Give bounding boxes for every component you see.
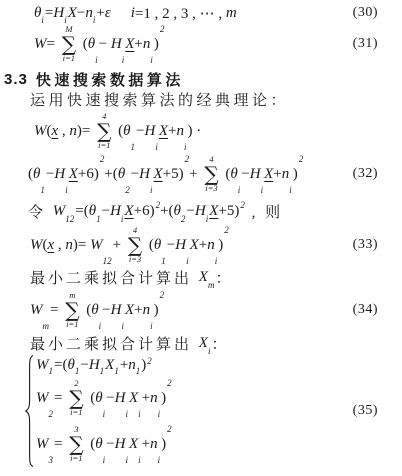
- math-token: ): [161, 436, 166, 453]
- math-token: 3: [49, 455, 54, 465]
- math-token: H: [89, 357, 100, 374]
- math-token: 最小二乘拟合计算出: [30, 267, 199, 288]
- math-token: ): [218, 237, 223, 254]
- math-token: i: [41, 15, 44, 25]
- math-token: −: [102, 302, 110, 319]
- math-token: n: [69, 123, 77, 140]
- math-token: i: [150, 185, 153, 195]
- paragraph-intro-text: 运用快速搜索算法的经典理论：: [30, 89, 289, 110]
- math-token: θ: [95, 390, 102, 407]
- math-token: x: [52, 123, 59, 140]
- math-token: W: [36, 390, 49, 407]
- math-token: (: [114, 123, 123, 140]
- math-token: W: [90, 237, 103, 254]
- math-token: H: [115, 436, 126, 453]
- math-token: +: [142, 436, 150, 453]
- math-token: i: [64, 15, 67, 25]
- math-token: ): [161, 390, 166, 407]
- equation-32-line1-math: W(x , n)= 4∑i=1 (θ1−HiX+ni) ·: [34, 112, 201, 150]
- math-token: n: [282, 166, 290, 183]
- math-token: n: [128, 357, 136, 374]
- math-token: i: [121, 214, 124, 224]
- math-token: +6): [134, 203, 155, 220]
- math-token: H: [111, 36, 122, 53]
- let-definition-math: 令 W12=(θ1−HiX+6)2+(θ2−HiX+5)2 , 则: [28, 201, 283, 222]
- label-compute-xi: 最小二乘拟合计算出 Xi：: [0, 334, 402, 353]
- math-token: +(: [104, 166, 117, 183]
- math-token: n: [207, 237, 215, 254]
- math-token: −: [99, 36, 111, 53]
- equation-35-w1-math: W1=(θ1−H1X1+n1)2: [36, 357, 152, 374]
- system-row-w3: W3= 3∑i=1 (θi−HiXi+ni)2: [36, 421, 172, 467]
- summation-symbol: 3∑i=1: [69, 425, 83, 463]
- math-token: i: [138, 409, 141, 419]
- math-token: i: [95, 55, 98, 65]
- math-token: =1 , 2 , 3 , ⋯ ,: [135, 4, 226, 23]
- math-token: −: [131, 166, 139, 183]
- math-token: W: [36, 357, 49, 374]
- math-token: −: [106, 390, 114, 407]
- math-token: i: [158, 455, 161, 465]
- math-token: i: [215, 256, 218, 266]
- math-token: H: [110, 203, 121, 220]
- math-token: 2: [167, 424, 172, 434]
- math-token: i: [121, 321, 124, 331]
- math-token: +5): [163, 166, 184, 183]
- math-token: i: [289, 185, 292, 195]
- summation-symbol: 4∑i=1: [97, 112, 111, 150]
- math-token: W: [34, 36, 47, 53]
- math-token: i: [208, 346, 211, 356]
- math-token: −: [136, 123, 144, 140]
- math-token: X: [159, 123, 168, 140]
- math-token: i: [125, 409, 128, 419]
- math-token: H: [111, 302, 122, 319]
- math-token: W: [36, 436, 49, 453]
- math-token: θ: [118, 166, 125, 183]
- math-token: 2: [49, 409, 54, 419]
- math-token: m: [226, 5, 237, 22]
- math-token: θ: [230, 166, 237, 183]
- math-token: 令: [28, 201, 53, 222]
- section-title: 快速搜索数据算法: [36, 69, 184, 90]
- math-token: θ: [174, 203, 181, 220]
- math-token: 12: [65, 214, 74, 224]
- system-row-w2: W2= 2∑i=1 (θi−HiXi+ni)2: [36, 375, 172, 421]
- equation-35-w3-math: W3= 3∑i=1 (θi−HiXi+ni)2: [36, 425, 172, 463]
- math-token: θ: [34, 5, 41, 22]
- math-token: m: [208, 280, 215, 290]
- math-token: +: [113, 237, 125, 254]
- math-token: i: [261, 185, 264, 195]
- left-brace: [24, 354, 34, 468]
- math-token: H: [145, 123, 156, 140]
- math-token: =(: [54, 357, 67, 374]
- math-token: 2: [147, 356, 152, 366]
- math-token: 1: [40, 185, 45, 195]
- math-token: X: [264, 166, 273, 183]
- math-token: =: [54, 390, 66, 407]
- math-token: ) ·: [188, 123, 202, 140]
- let-definition-line: 令 W12=(θ1−HiX+6)2+(θ2−HiX+5)2 , 则: [0, 201, 402, 222]
- math-token: i: [184, 142, 187, 152]
- math-token: H: [53, 5, 64, 22]
- math-token: i: [65, 185, 68, 195]
- equation-30-math: θi=HiX−ni+εi=1 , 2 , 3 , ⋯ , m: [34, 4, 237, 23]
- math-token: )=: [73, 237, 90, 254]
- math-token: +: [142, 390, 150, 407]
- math-token: n: [85, 5, 93, 22]
- math-token: 2: [125, 185, 130, 195]
- math-token: H: [54, 166, 65, 183]
- math-token: m: [43, 321, 50, 331]
- math-token: n: [150, 436, 158, 453]
- math-token: +: [199, 237, 207, 254]
- math-token: i: [155, 142, 158, 152]
- math-token: H: [250, 166, 261, 183]
- math-token: 最小二乘拟合计算出: [30, 333, 199, 354]
- equation-32-line2-math: (θ1−HiX+6)2+(θ2−HiX+5)2+ 4∑i=3 (θi−HiX+n…: [28, 155, 303, 193]
- system-row-w1: W1=(θ1−H1X1+n1)2: [36, 355, 172, 375]
- math-token: =: [54, 436, 66, 453]
- math-token: +: [168, 123, 176, 140]
- math-token: (: [79, 36, 88, 53]
- summation-symbol: M∑i=1: [62, 25, 76, 63]
- math-token: i: [103, 409, 106, 419]
- math-token: 1: [75, 366, 80, 376]
- math-token: W: [30, 237, 43, 254]
- equation-31-math: W= M∑i=1 (θi− HiX+ni)2: [34, 25, 164, 63]
- math-token: 2: [181, 214, 186, 224]
- math-token: X: [125, 302, 134, 319]
- math-token: 2: [160, 24, 165, 34]
- math-token: i: [158, 409, 161, 419]
- math-token: ,: [54, 237, 65, 254]
- math-token: −: [241, 166, 249, 183]
- math-token: 1: [136, 366, 141, 376]
- math-token: , 则: [245, 201, 283, 222]
- math-token: n: [143, 36, 151, 53]
- math-token: (: [83, 302, 92, 319]
- section-number: 3.3: [4, 71, 28, 88]
- math-token: n: [65, 237, 73, 254]
- math-token: W: [53, 203, 66, 220]
- equation-number-35: (35): [353, 403, 402, 419]
- math-token: −: [102, 203, 110, 220]
- math-token: +(: [160, 203, 173, 220]
- equation-number-33: (33): [353, 237, 402, 253]
- label-compute-xm-text: 最小二乘拟合计算出 Xm：: [30, 267, 233, 288]
- math-token: (: [87, 390, 96, 407]
- math-token: θ: [91, 302, 98, 319]
- math-token: 2: [156, 200, 161, 210]
- equation-35-w2-math: W2= 2∑i=1 (θi−HiXi+ni)2: [36, 379, 172, 417]
- math-token: n: [143, 302, 151, 319]
- math-token: θ: [95, 436, 102, 453]
- system-rows: W1=(θ1−H1X1+n1)2 W2= 2∑i=1 (θi−HiXi+ni)2…: [36, 355, 172, 467]
- math-token: ,: [58, 123, 69, 140]
- math-token: θ: [154, 237, 161, 254]
- math-token: (: [87, 436, 96, 453]
- paragraph-intro: 运用快速搜索算法的经典理论：: [0, 90, 402, 109]
- math-token: +6): [78, 166, 99, 183]
- math-token: +: [273, 166, 281, 183]
- math-token: i: [93, 15, 96, 25]
- label-compute-xm: 最小二乘拟合计算出 Xm：: [0, 268, 402, 287]
- math-token: 1: [49, 366, 54, 376]
- equation-line-32-first: W(x , n)= 4∑i=1 (θ1−HiX+ni) ·: [0, 111, 402, 151]
- math-token: +: [120, 357, 128, 374]
- math-token: i: [138, 455, 141, 465]
- summation-symbol: m∑i=1: [65, 291, 79, 329]
- math-token: X: [129, 390, 138, 407]
- math-token: H: [139, 166, 150, 183]
- math-token: +5): [218, 203, 239, 220]
- math-token: H: [195, 203, 206, 220]
- math-token: i: [103, 455, 106, 465]
- math-token: (: [222, 166, 231, 183]
- math-token: 2: [299, 154, 304, 164]
- math-token: ：: [211, 333, 229, 354]
- math-token: X: [68, 5, 77, 22]
- math-token: i: [238, 185, 241, 195]
- equation-number-30: (30): [353, 5, 402, 21]
- math-token: H: [115, 390, 126, 407]
- equation-number-34: (34): [353, 302, 402, 318]
- math-token: X: [105, 357, 114, 374]
- equation-line-33: W(x , n)= W12+ 4∑i=3 (θ1−HiX+ni)2 (33): [0, 224, 402, 266]
- math-token: n: [150, 390, 158, 407]
- math-token: W: [34, 123, 47, 140]
- math-token: 1: [131, 142, 136, 152]
- math-token: ): [141, 357, 146, 374]
- equation-33-math: W(x , n)= W12+ 4∑i=3 (θ1−HiX+ni)2: [30, 226, 229, 264]
- math-token: +: [134, 302, 142, 319]
- math-token: −: [186, 203, 194, 220]
- paper-page: θi=HiX−ni+εi=1 , 2 , 3 , ⋯ , m (30) W= M…: [0, 3, 402, 476]
- math-token: 12: [103, 256, 112, 266]
- equation-line-30: θi=HiX−ni+εi=1 , 2 , 3 , ⋯ , m (30): [0, 3, 402, 23]
- math-token: ε: [105, 5, 111, 22]
- math-token: θ: [123, 123, 130, 140]
- equation-line-34: Wm= m∑i=1 (θi−HiX+ni)2 (34): [0, 289, 402, 331]
- math-token: X: [190, 237, 199, 254]
- math-token: 1: [114, 366, 119, 376]
- math-token: =: [47, 36, 59, 53]
- math-token: 1: [100, 366, 105, 376]
- math-token: i: [186, 256, 189, 266]
- math-token: i: [150, 321, 153, 331]
- math-token: 2: [100, 154, 105, 164]
- math-token: i: [206, 214, 209, 224]
- math-token: i: [99, 321, 102, 331]
- math-token: +: [96, 5, 104, 22]
- math-token: 2: [160, 290, 165, 300]
- equation-line-32-second: (θ1−HiX+6)2+(θ2−HiX+5)2+ 4∑i=3 (θi−HiX+n…: [0, 153, 402, 195]
- math-token: 1: [161, 256, 166, 266]
- math-token: =(: [75, 203, 88, 220]
- summation-symbol: 4∑i=3: [204, 155, 218, 193]
- label-compute-xi-text: 最小二乘拟合计算出 Xi：: [30, 333, 229, 354]
- summation-symbol: 2∑i=1: [69, 379, 83, 417]
- math-token: ：: [215, 267, 233, 288]
- math-token: θ: [88, 36, 95, 53]
- math-token: 2: [224, 225, 229, 235]
- math-token: 1: [96, 214, 101, 224]
- summation-symbol: 4∑i=3: [128, 226, 142, 264]
- section-heading: 3.3 快速搜索数据算法: [0, 70, 402, 89]
- math-token: X: [124, 203, 133, 220]
- math-token: −: [167, 237, 175, 254]
- math-token: i: [150, 55, 153, 65]
- math-token: X: [69, 166, 78, 183]
- math-token: i: [125, 455, 128, 465]
- math-token: X: [209, 203, 218, 220]
- math-token: θ: [67, 357, 74, 374]
- math-token: 2: [240, 200, 245, 210]
- math-token: 2: [167, 378, 172, 388]
- math-token: +: [189, 166, 201, 183]
- equation-34-math: Wm= m∑i=1 (θi−HiX+ni)2: [30, 291, 164, 329]
- math-token: )=: [77, 123, 94, 140]
- math-token: (: [145, 237, 154, 254]
- equation-number-32: (32): [353, 166, 402, 182]
- math-token: =: [50, 302, 62, 319]
- math-token: −: [80, 357, 88, 374]
- equation-system-35: W1=(θ1−H1X1+n1)2 W2= 2∑i=1 (θi−HiXi+ni)2…: [0, 354, 402, 468]
- math-token: −: [106, 436, 114, 453]
- math-token: i: [122, 55, 125, 65]
- math-token: θ: [89, 203, 96, 220]
- math-token: ): [154, 36, 159, 53]
- math-token: ): [293, 166, 298, 183]
- math-token: +: [134, 36, 142, 53]
- math-token: n: [177, 123, 185, 140]
- math-token: θ: [33, 166, 40, 183]
- equation-number-31: (31): [353, 36, 402, 52]
- math-token: −: [77, 5, 85, 22]
- math-token: H: [175, 237, 186, 254]
- math-token: X: [129, 436, 138, 453]
- math-token: x: [48, 237, 55, 254]
- math-token: W: [30, 302, 43, 319]
- math-token: X: [199, 335, 208, 352]
- math-token: 2: [185, 154, 190, 164]
- math-token: X: [154, 166, 163, 183]
- math-token: X: [125, 36, 134, 53]
- equation-line-31: W= M∑i=1 (θi− HiX+ni)2 (31): [0, 24, 402, 64]
- math-token: X: [199, 269, 208, 286]
- math-token: ): [154, 302, 159, 319]
